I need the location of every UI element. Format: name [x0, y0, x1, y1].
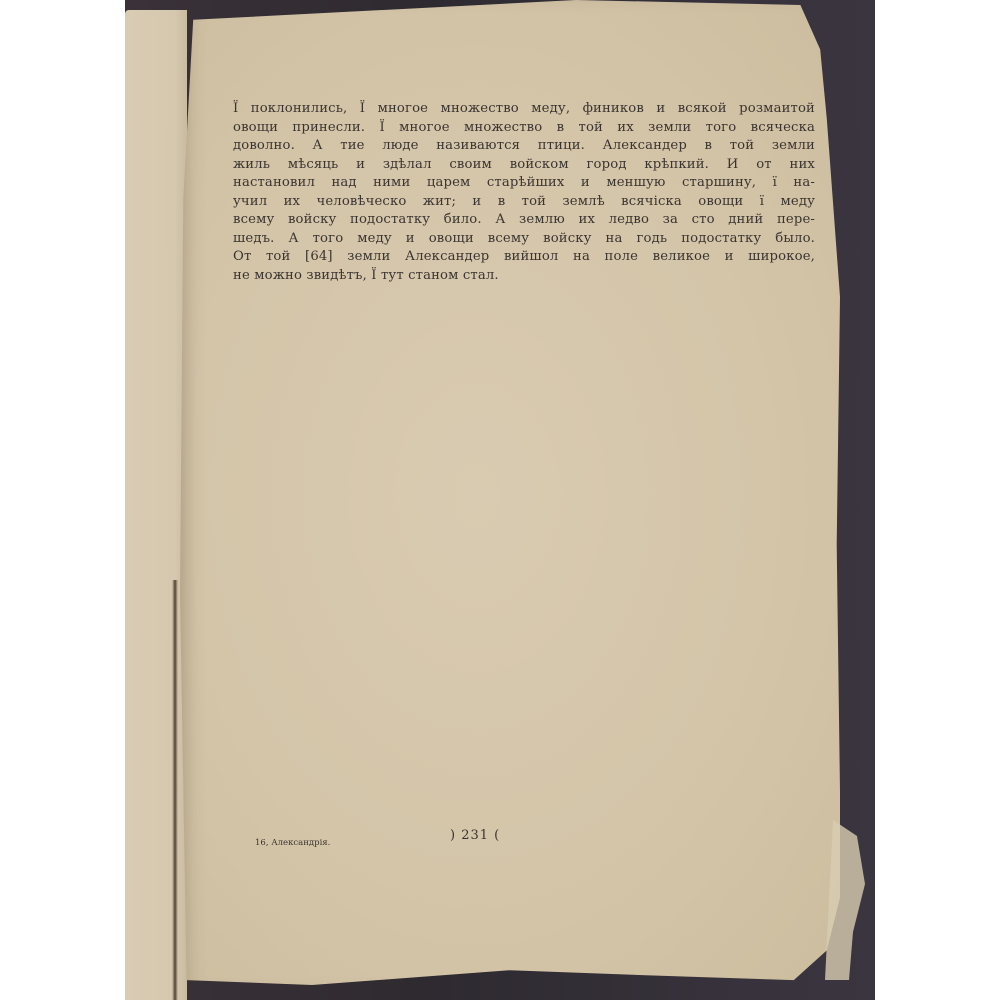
- body-text: Ї поклонились, Ї многое множество меду, …: [233, 100, 815, 285]
- text-line: всему войску подостатку било. А землю их…: [233, 211, 815, 230]
- text-line: доволно. А тие люде називаются птици. Ал…: [233, 137, 815, 156]
- signature-mark: 16, Александрія.: [255, 838, 330, 848]
- text-line: учил их человѣческо жит; и в той землѣ в…: [233, 193, 815, 212]
- text-line: овощи принесли. Ї многое множество в той…: [233, 119, 815, 138]
- text-line: не можно звидѣтъ, Ї тут станом стал.: [233, 267, 815, 286]
- text-line: Ї поклонились, Ї многое множество меду, …: [233, 100, 815, 119]
- text-line: настановил над ними царем старѣйших и ме…: [233, 174, 815, 193]
- gutter-shadow: [172, 580, 178, 1000]
- text-line: От той [64] земли Александер вийшол на п…: [233, 248, 815, 267]
- text-line: жиль мѣсяць и здѣлал своим войском город…: [233, 156, 815, 175]
- text-line: шедъ. А того меду и овощи всему войску н…: [233, 230, 815, 249]
- page-number: ) 231 (: [450, 828, 500, 843]
